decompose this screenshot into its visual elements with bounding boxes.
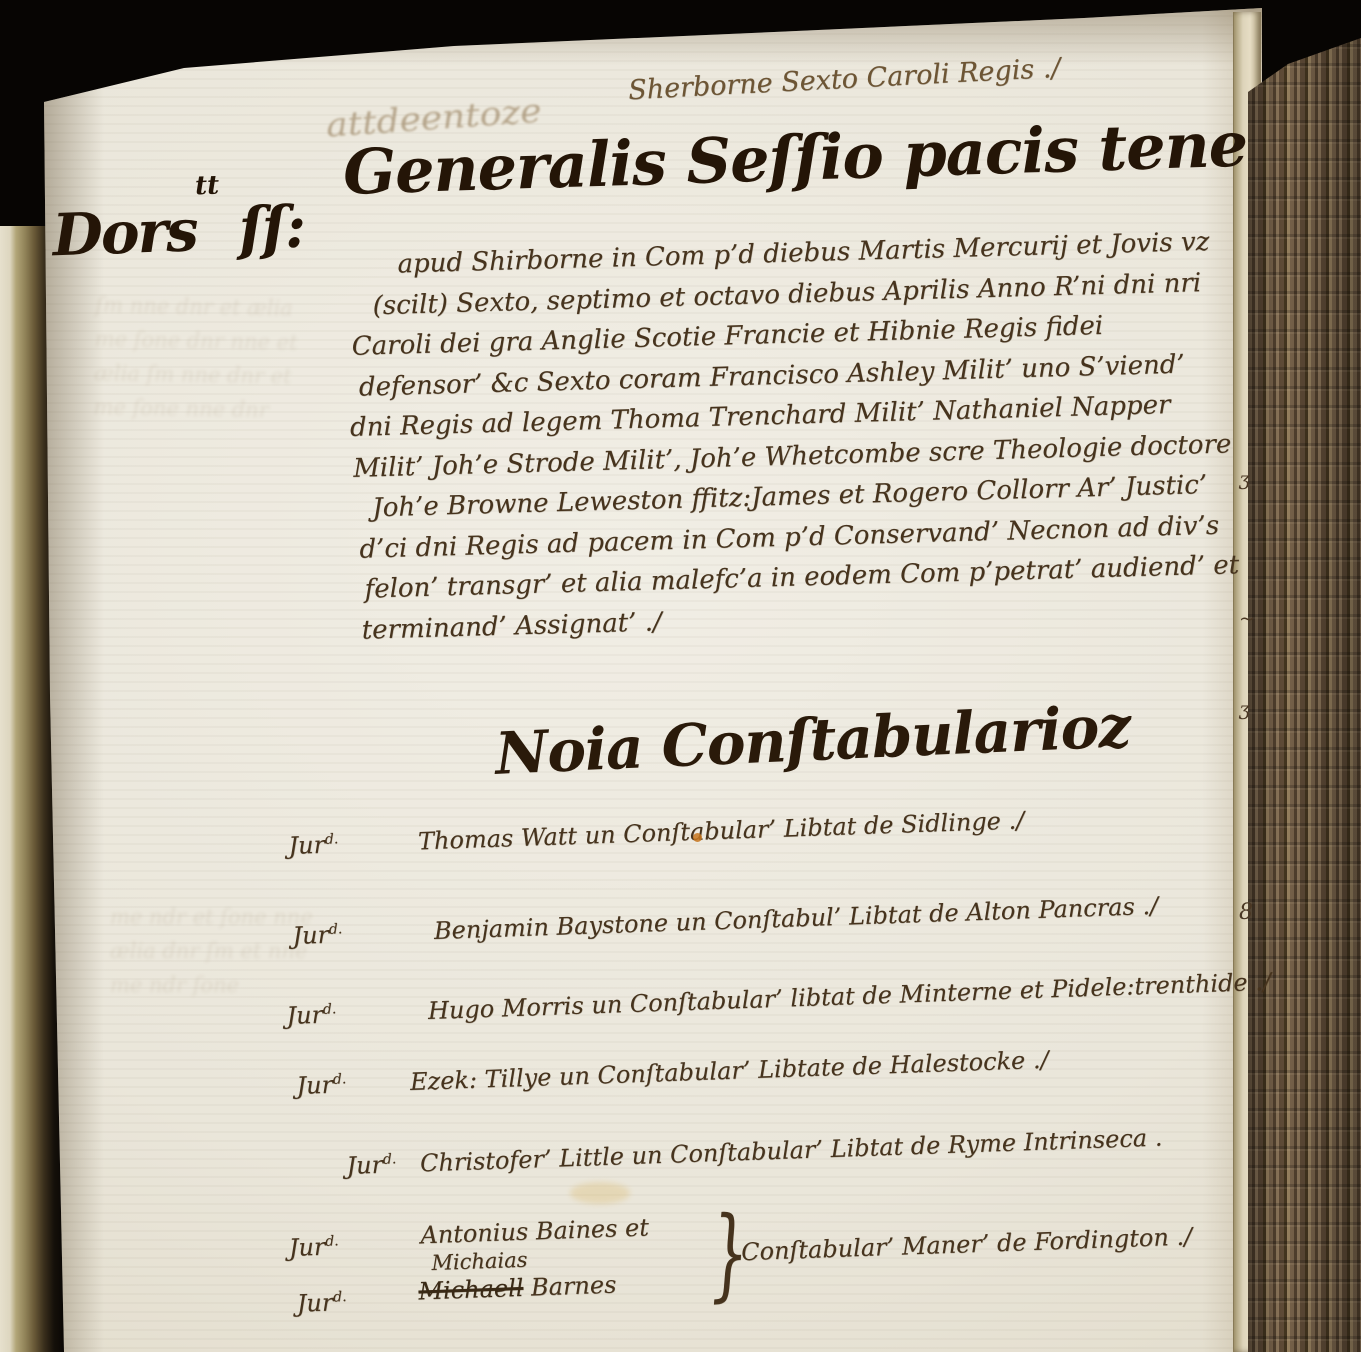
edge-ink-mark: ~ [1239, 608, 1255, 630]
jurat-label: Jur [296, 1071, 334, 1100]
jurat-margin-note: Jurd. [288, 1232, 339, 1262]
session-preamble: apud Shirborne in Com p’d diebus Martis … [345, 220, 1291, 651]
show-through-ghost: ſm nne dnr et ælia me ſone dnr nne et æl… [88, 288, 325, 712]
jurat-margin-note: Jurd. [292, 920, 343, 950]
jurat-superscript: d. [383, 1151, 397, 1167]
ink-stain [693, 833, 702, 842]
jurat-margin-note: Jurd. [288, 830, 339, 860]
constable-entry: Jurd. Thomas Watt un Conſtabular’ Libtat… [288, 806, 1025, 860]
constable-entry-text: Conſtabular’ Maner’ de Fordington ./ [741, 1222, 1193, 1266]
constable-entry-text: Hugo Morris un Conſtabular’ libtat de Mi… [428, 968, 1272, 1025]
jurat-label: Jur [292, 921, 330, 950]
jurat-margin-note: Jurd. [296, 1288, 347, 1318]
jurat-margin-note: Jurd. [346, 1150, 397, 1180]
jurat-superscript: d. [329, 921, 343, 937]
jurat-superscript: d. [333, 1289, 347, 1305]
county-superscript: tt [195, 171, 220, 202]
folio-header: Sherborne Sexto Caroli Regis ./ [627, 53, 1061, 107]
jurat-label: Jur [346, 1151, 384, 1180]
edge-ink-mark: ʒ [1239, 698, 1250, 720]
constable-name: Antonius Baines et [420, 1213, 649, 1249]
county-abbreviation: Dorstt ſſ: [50, 168, 305, 270]
page-content: ſm nne dnr et ælia me ſone dnr nne et æl… [0, 0, 1361, 1352]
jurat-superscript: d. [333, 1071, 347, 1087]
constables-section-title: Noia Conſtabularioz [494, 692, 1132, 788]
jurat-label: Jur [286, 1001, 324, 1030]
jurat-superscript: d. [323, 1001, 337, 1017]
constable-name: MichaiasMichaell Barnes [418, 1271, 617, 1306]
constable-entry: Jurd. Christofer’ Little un Conſtabular’… [346, 1124, 1163, 1180]
jurat-label: Jur [288, 1233, 326, 1262]
interlined-correction: Michaias [431, 1248, 528, 1275]
constable-entry: Jurd. Ezek: Tillye un Conſtabular’ Libta… [296, 1046, 1049, 1100]
jurat-margin-note: Jurd. [296, 1070, 347, 1100]
constable-surname: Barnes [523, 1271, 617, 1302]
constable-entry-text: Christofer’ Little un Conſtabular’ Libta… [420, 1124, 1163, 1178]
county-base: Dors [51, 196, 197, 269]
jurat-label: Jur [288, 831, 326, 860]
show-through-ghost: me ndr et ſone nne ælia dnr ſm et nne me… [110, 900, 320, 1230]
constable-entry: Jurd. Benjamin Baystone un Conſtabul’ Li… [292, 892, 1159, 950]
edge-ink-mark: 8 [1239, 900, 1253, 925]
jurat-superscript: d. [325, 1233, 339, 1249]
jurat-label: Jur [296, 1288, 334, 1317]
constable-entry-text: Benjamin Baystone un Conſtabul’ Libtat d… [434, 892, 1159, 945]
constable-entry: Jurd. Hugo Morris un Conſtabular’ libtat… [286, 968, 1271, 1030]
jurat-margin-note: Jurd. [286, 1000, 337, 1030]
photo-background: { "page": { "folio_header": "Sherborne S… [0, 0, 1361, 1352]
constable-entry-text: Thomas Watt un Conſtabular’ Libtat de Si… [418, 806, 1025, 855]
jurat-superscript: d. [325, 831, 339, 847]
constable-entry-text: Ezek: Tillye un Conſtabular’ Libtate de … [410, 1046, 1049, 1096]
constable-joint-entry: Jurd. Jurd. Antonius Baines et MichaiasM… [288, 1190, 1252, 1343]
county-ss-mark: ſſ: [238, 193, 306, 263]
edge-ink-mark: ʒ [1239, 468, 1250, 490]
struck-out-name: Michaell [418, 1274, 524, 1306]
paper-stain [570, 1182, 630, 1204]
